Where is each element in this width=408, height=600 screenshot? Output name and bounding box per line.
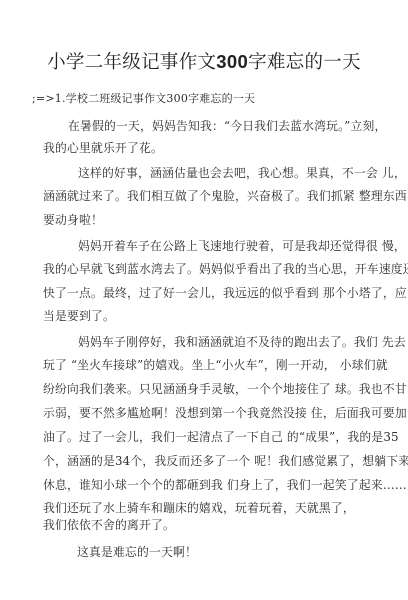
paragraph-line: 个，涵涵的是34个，我反而还多了一个 呢！我们感觉累了，想躺下来 (43, 452, 408, 469)
paragraph-line: 在暑假的一天，妈妈告知我：“今日我们去蓝水湾玩。”立刻， (68, 117, 386, 134)
paragraph-line: 我的心里就乐开了花。 (43, 139, 163, 156)
paragraph-line: 涵涵就过来了。我们相互做了个鬼脸，兴奋极了。我们抓紧 整理东西， (43, 187, 408, 204)
paragraph-line: 这真是难忘的一天啊！ (77, 543, 197, 560)
paragraph-line: 这样的好事，涵涵估量也会去吧，我心想。果真，不一会 儿， (78, 164, 406, 181)
paragraph-line: 妈妈车子刚停好，我和涵涵就迫不及待的跑出去了。我们 先去 (78, 333, 406, 350)
paragraph-line: 示弱，要不然多尴尬啊！没想到第一个我竟然没接 住，后面我可要加 (43, 404, 407, 421)
paragraph-line: 休息，谁知小球一个个的都砸到我 们身上了，我们一起笑了起来…… (43, 476, 407, 493)
paragraph-line: 我们还玩了水上骑车和蹦床的嬉戏，玩着玩着，天就黑了， (43, 499, 355, 516)
paragraph-line: 油了。过了一会儿，我们一起清点了一下自己 的“成果”，我的是35 (43, 428, 399, 445)
document-subtitle: ;=>1.学校二班级记事作文300字难忘的一天 (32, 90, 255, 106)
paragraph-line: 我的心早就飞到蓝水湾去了。妈妈似乎看出了我的当心思，开车速度还 (43, 260, 408, 277)
paragraph-line: 要动身啦！ (43, 211, 103, 228)
document-title: 小学二年级记事作文300字难忘的一天 (0, 48, 408, 74)
paragraph-line: 纷纷向我们袭来。只见涵涵身手灵敏，一个个地接住了 球。我也不甘 (43, 380, 407, 397)
paragraph-line: 妈妈开着车子在公路上飞速地行驶着，可是我却还觉得很 慢， (78, 237, 406, 254)
paragraph-line: 当是要到了。 (43, 307, 115, 324)
paragraph-line: 玩了 “坐火车接球”的嬉戏。坐上“小火车”，刚一开动， 小球们就 (43, 356, 388, 373)
paragraph-line: 我们依依不舍的离开了。 (43, 516, 175, 533)
paragraph-line: 快了一点。最终，过了好一会儿，我远远的似乎看到 那个小塔了，应 (43, 284, 407, 301)
